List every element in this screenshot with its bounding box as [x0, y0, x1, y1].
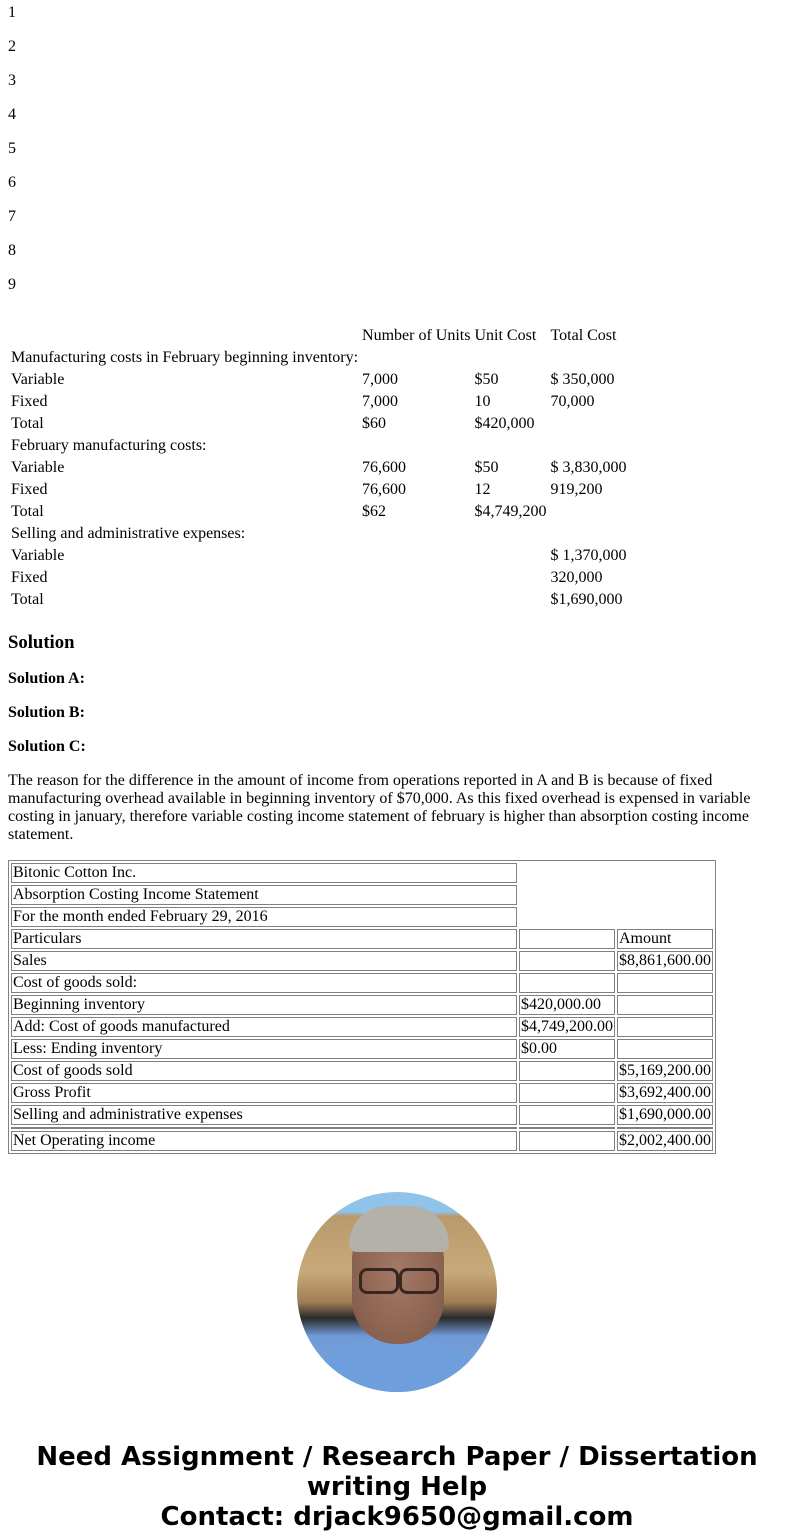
statement-company-row: Bitonic Cotton Inc.: [11, 863, 713, 883]
cell-label: Fixed: [10, 392, 359, 412]
cell-label: Variable: [10, 458, 359, 478]
cell-units: 76,600: [361, 458, 471, 478]
line-number: 9: [8, 276, 786, 310]
promo-banner: Need Assignment / Research Paper / Disse…: [8, 1442, 786, 1532]
cell-label: Variable: [10, 370, 359, 390]
row-label: Selling and administrative expenses: [11, 1105, 517, 1125]
cell-label: Total: [10, 590, 359, 610]
header-particulars: Particulars: [11, 929, 517, 949]
cell-unitcost: $50: [473, 370, 547, 390]
row-subamount: [519, 973, 615, 993]
row-subamount: $420,000.00: [519, 995, 615, 1015]
cell-label: Manufacturing costs in February beginnin…: [10, 348, 359, 368]
promo-contact: Contact: drjack9650@gmail.com: [8, 1502, 786, 1532]
row-label: Less: Ending inventory: [11, 1039, 517, 1059]
cell-total: [549, 436, 627, 456]
cell-units: Number of Units: [361, 326, 471, 346]
row-subamount: [519, 1061, 615, 1081]
separator-row: [11, 1127, 713, 1129]
cell-unitcost: [473, 590, 547, 610]
cell-units: [361, 568, 471, 588]
statement-row: Add: Cost of goods manufactured$4,749,20…: [11, 1017, 713, 1037]
cell-total: $ 3,830,000: [549, 458, 627, 478]
cell-units: 76,600: [361, 480, 471, 500]
cell-label: Fixed: [10, 480, 359, 500]
row-label: Beginning inventory: [11, 995, 517, 1015]
net-income-amount: $2,002,400.00: [617, 1131, 713, 1151]
net-operating-income-row: Net Operating income $2,002,400.00: [11, 1131, 713, 1151]
cell-unitcost: $4,749,200: [473, 502, 547, 522]
statement-row: Selling and administrative expenses$1,69…: [11, 1105, 713, 1125]
cell-unitcost: [473, 546, 547, 566]
statement-row: Cost of goods sold$5,169,200.00: [11, 1061, 713, 1081]
cell-total: Total Cost: [549, 326, 627, 346]
row-label: Cost of goods sold:: [11, 973, 517, 993]
cell-label: Selling and administrative expenses:: [10, 524, 359, 544]
line-number: 1: [8, 4, 786, 38]
row-amount: $8,861,600.00: [617, 951, 713, 971]
cell-units: [361, 590, 471, 610]
cell-units: 7,000: [361, 370, 471, 390]
cell-total: $1,690,000: [549, 590, 627, 610]
cell-unitcost: 10: [473, 392, 547, 412]
cell-total: [549, 524, 627, 544]
row-amount: [617, 1039, 713, 1059]
table-header-row: Number of UnitsUnit CostTotal Cost: [10, 326, 627, 346]
statement-period: For the month ended February 29, 2016: [11, 907, 517, 927]
author-photo: [297, 1192, 497, 1392]
table-row: Variable7,000$50$ 350,000: [10, 370, 627, 390]
cell-total: 70,000: [549, 392, 627, 412]
table-row: Total$1,690,000: [10, 590, 627, 610]
cell-total: $ 350,000: [549, 370, 627, 390]
table-row: Fixed320,000: [10, 568, 627, 588]
table-row: Variable76,600$50$ 3,830,000: [10, 458, 627, 478]
cell-units: [361, 524, 471, 544]
cell-label: Variable: [10, 546, 359, 566]
cell-unitcost: 12: [473, 480, 547, 500]
line-number: 7: [8, 208, 786, 242]
statement-header-row: Particulars Amount: [11, 929, 713, 949]
promo-line-1: Need Assignment / Research Paper / Disse…: [8, 1442, 786, 1502]
line-number-list: 1 2 3 4 5 6 7 8 9: [8, 4, 786, 310]
net-income-sub: [519, 1131, 615, 1151]
cell-unitcost: [473, 568, 547, 588]
cell-label: [10, 326, 359, 346]
cell-total: 919,200: [549, 480, 627, 500]
cost-data-table: Number of UnitsUnit CostTotal CostManufa…: [8, 324, 629, 612]
solution-explanation: The reason for the difference in the amo…: [8, 772, 768, 844]
line-number: 3: [8, 72, 786, 106]
cell-units: [361, 348, 471, 368]
row-amount: $3,692,400.00: [617, 1083, 713, 1103]
table-row: Variable$ 1,370,000: [10, 546, 627, 566]
cell-unitcost: $50: [473, 458, 547, 478]
statement-row: Gross Profit$3,692,400.00: [11, 1083, 713, 1103]
cell-total: [549, 414, 627, 434]
cell-units: 7,000: [361, 392, 471, 412]
line-number: 8: [8, 242, 786, 276]
statement-row: Less: Ending inventory$0.00: [11, 1039, 713, 1059]
company-name: Bitonic Cotton Inc.: [11, 863, 517, 883]
cell-total: [549, 502, 627, 522]
table-row: Fixed76,60012919,200: [10, 480, 627, 500]
net-income-label: Net Operating income: [11, 1131, 517, 1151]
cell-label: February manufacturing costs:: [10, 436, 359, 456]
cell-units: $62: [361, 502, 471, 522]
row-amount: [617, 995, 713, 1015]
cell-label: Total: [10, 502, 359, 522]
table-row: Manufacturing costs in February beginnin…: [10, 348, 627, 368]
table-row: Total$62$4,749,200: [10, 502, 627, 522]
cell-units: [361, 436, 471, 456]
cell-total: $ 1,370,000: [549, 546, 627, 566]
cell-unitcost: [473, 436, 547, 456]
table-row: Selling and administrative expenses:: [10, 524, 627, 544]
row-label: Sales: [11, 951, 517, 971]
solution-b-heading: Solution B:: [8, 704, 786, 722]
cell-unitcost: [473, 348, 547, 368]
cell-units: $60: [361, 414, 471, 434]
statement-row: Cost of goods sold:: [11, 973, 713, 993]
author-photo-container: [8, 1192, 786, 1392]
line-number: 2: [8, 38, 786, 72]
cell-unitcost: Unit Cost: [473, 326, 547, 346]
cell-label: Total: [10, 414, 359, 434]
cell-unitcost: $420,000: [473, 414, 547, 434]
line-number: 5: [8, 140, 786, 174]
solution-c-heading: Solution C:: [8, 738, 786, 756]
row-label: Gross Profit: [11, 1083, 517, 1103]
row-subamount: $0.00: [519, 1039, 615, 1059]
statement-row: Beginning inventory$420,000.00: [11, 995, 713, 1015]
cell-total: 320,000: [549, 568, 627, 588]
table-row: Fixed7,0001070,000: [10, 392, 627, 412]
income-statement-table: Bitonic Cotton Inc. Absorption Costing I…: [8, 860, 716, 1154]
line-number: 6: [8, 174, 786, 208]
line-number: 4: [8, 106, 786, 140]
glasses-icon: [359, 1268, 439, 1290]
cell-total: [549, 348, 627, 368]
cell-unitcost: [473, 524, 547, 544]
row-amount: $5,169,200.00: [617, 1061, 713, 1081]
row-subamount: [519, 1105, 615, 1125]
solution-heading: Solution: [8, 632, 786, 654]
row-subamount: [519, 1083, 615, 1103]
row-amount: [617, 1017, 713, 1037]
row-subamount: [519, 951, 615, 971]
statement-title: Absorption Costing Income Statement: [11, 885, 517, 905]
row-amount: [617, 973, 713, 993]
cell-units: [361, 546, 471, 566]
row-label: Cost of goods sold: [11, 1061, 517, 1081]
table-row: February manufacturing costs:: [10, 436, 627, 456]
row-label: Add: Cost of goods manufactured: [11, 1017, 517, 1037]
header-blank: [519, 929, 615, 949]
statement-row: Sales$8,861,600.00: [11, 951, 713, 971]
header-amount: Amount: [617, 929, 713, 949]
row-amount: $1,690,000.00: [617, 1105, 713, 1125]
solution-a-heading: Solution A:: [8, 670, 786, 688]
cell-label: Fixed: [10, 568, 359, 588]
table-row: Total$60$420,000: [10, 414, 627, 434]
row-subamount: $4,749,200.00: [519, 1017, 615, 1037]
